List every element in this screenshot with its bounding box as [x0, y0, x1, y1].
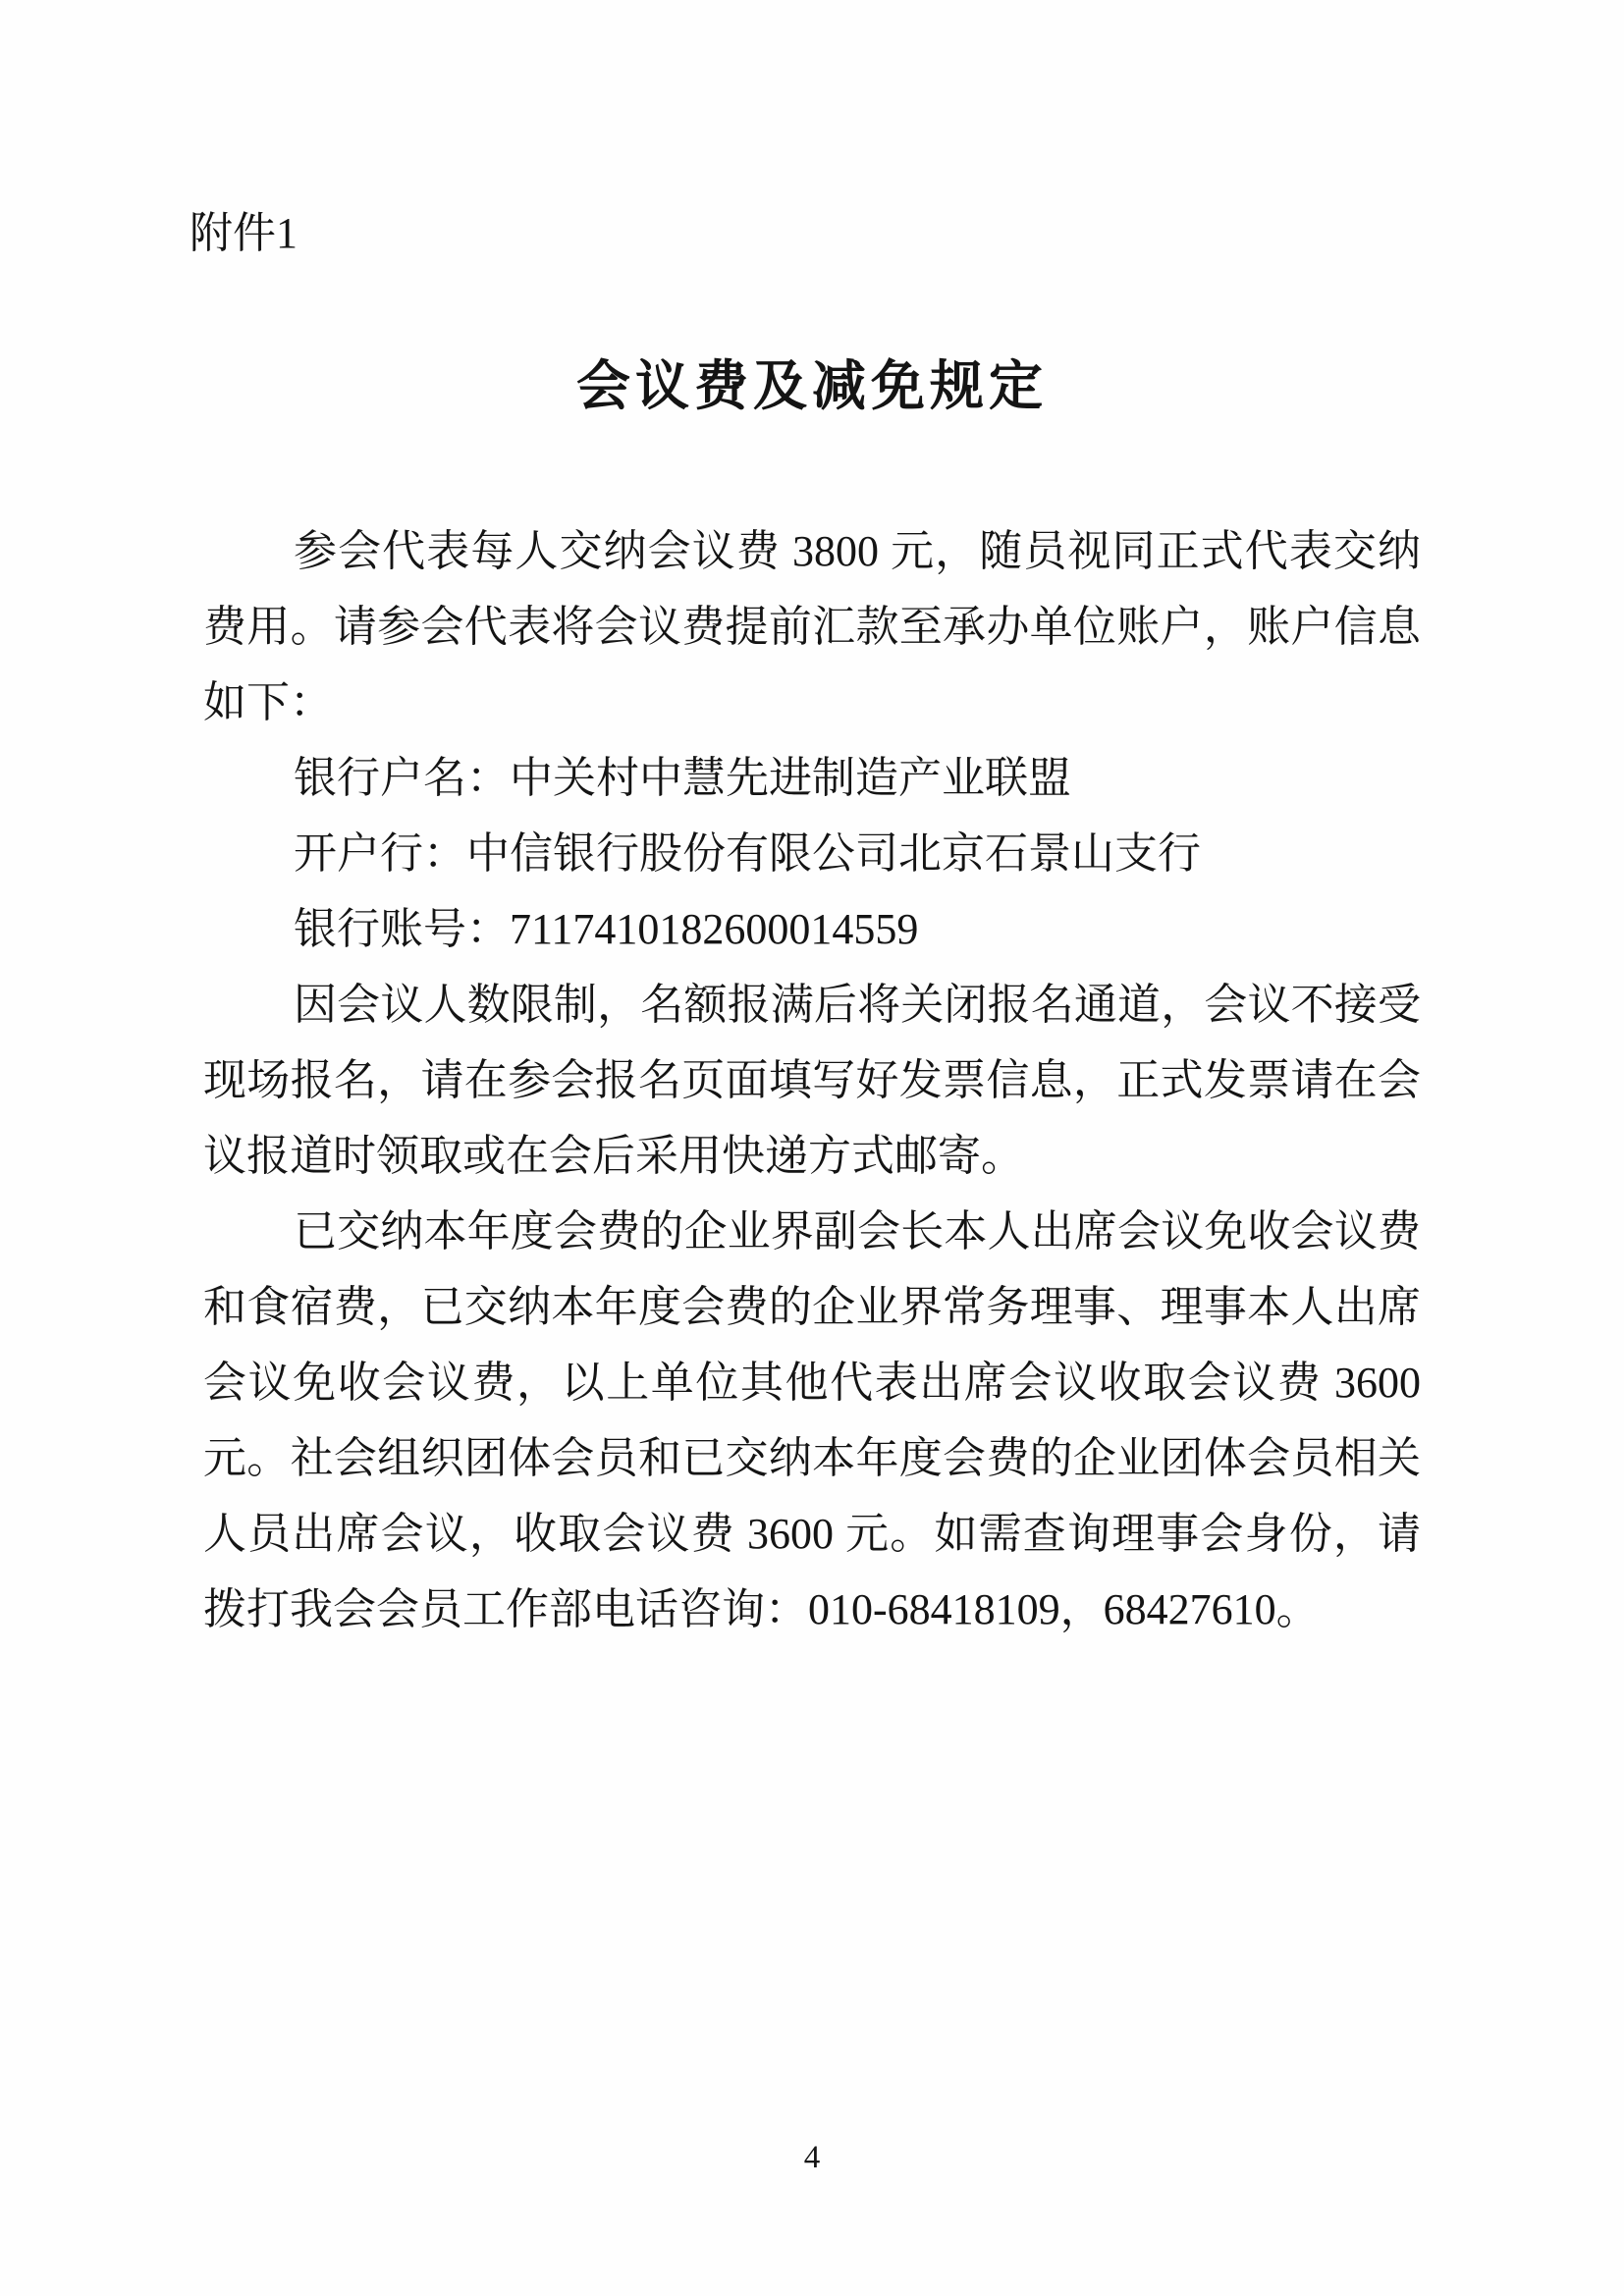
document-body: 参会代表每人交纳会议费 3800 元，随员视同正式代表交纳费用。请参会代表将会议… [203, 513, 1421, 1647]
paragraph-fee-intro: 参会代表每人交纳会议费 3800 元，随员视同正式代表交纳费用。请参会代表将会议… [203, 513, 1421, 740]
document-title: 会议费及减免规定 [0, 355, 1624, 418]
paragraph-bank-branch: 开户行：中信银行股份有限公司北京石景山支行 [203, 816, 1421, 891]
paragraph-bank-account-name: 银行户名：中关村中慧先进制造产业联盟 [203, 740, 1421, 816]
page-number: 4 [0, 2138, 1624, 2177]
paragraph-registration-notice: 因会议人数限制，名额报满后将关闭报名通道，会议不接受现场报名，请在参会报名页面填… [203, 967, 1421, 1194]
paragraph-bank-account-number: 银行账号：7117410182600014559 [203, 891, 1421, 967]
attachment-label: 附件1 [189, 209, 298, 258]
paragraph-fee-waiver-rules: 已交纳本年度会费的企业界副会长本人出席会议免收会议费和食宿费，已交纳本年度会费的… [203, 1194, 1421, 1647]
document-page: 附件1 会议费及减免规定 参会代表每人交纳会议费 3800 元，随员视同正式代表… [0, 0, 1624, 2296]
